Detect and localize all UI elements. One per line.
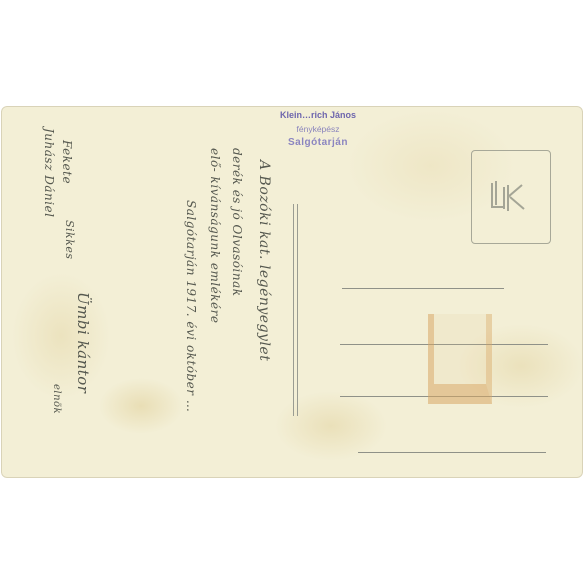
handwriting-line: Fekete: [60, 140, 74, 184]
stamp-title: fényképész: [263, 124, 373, 134]
divider-line: [297, 204, 298, 416]
lk-monogram-icon: [488, 177, 528, 213]
address-line: [342, 288, 504, 289]
signature: Juhász Dániel: [42, 128, 56, 218]
stamp-name: Klein…rich János: [263, 110, 373, 120]
address-line: [358, 452, 546, 453]
stamp-city: Salgótarján: [263, 137, 373, 148]
handwriting-line: A Bozóki kat. legényegylet: [256, 160, 272, 361]
signature: Ümbi kántor: [74, 292, 92, 393]
handwriting-line: elnök: [51, 384, 62, 414]
handwriting-line: Salgótarján 1917. évi október …: [184, 200, 198, 412]
handwriting-line: Sikkes: [63, 220, 76, 260]
handwriting-line: derék és jó Olvasóinak: [230, 148, 244, 297]
handwriting-line: elő- kívánságunk emlékére: [208, 148, 222, 323]
divider-line: [293, 204, 294, 416]
stain: [428, 314, 492, 404]
